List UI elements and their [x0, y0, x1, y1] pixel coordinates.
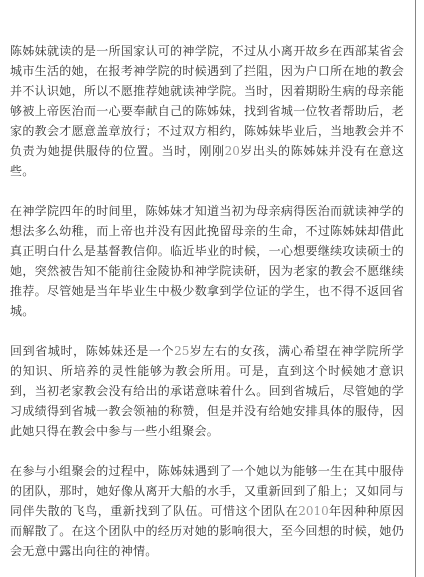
text-run: 陈姊妹就读的是一所国家认可的神学院，不过从小离开故乡在西部某省会城市生活的她，在… — [10, 44, 404, 158]
number-run: 2010 — [298, 504, 329, 518]
paragraph-4: 在参与小组聚会的过程中，陈姊妹遇到了一个她以为能够一生在其中服侍的团队，那时，她… — [10, 461, 404, 561]
paragraph-3: 回到省城时，陈姊妹还是一个25岁左右的女孩，满心希望在神学院所学的知识、所培养的… — [10, 341, 404, 441]
number-run: 20 — [225, 144, 240, 158]
text-run: 回到省城时，陈姊妹还是一个 — [10, 344, 174, 358]
document-page: 陈姊妹就读的是一所国家认可的神学院，不过从小离开故乡在西部某省会城市生活的她，在… — [0, 0, 424, 577]
paragraph-2: 在神学院四年的时间里，陈姊妹才知道当初为母亲病得医治而就读神学的想法多么幼稚，而… — [10, 201, 404, 321]
right-border-rule — [415, 0, 416, 577]
number-run: 25 — [174, 344, 189, 358]
text-run: 岁左右的女孩，满心希望在神学院所学的知识、所培养的灵性能够为教会所用。可是，直到… — [10, 344, 404, 438]
paragraph-1: 陈姊妹就读的是一所国家认可的神学院，不过从小离开故乡在西部某省会城市生活的她，在… — [10, 41, 404, 181]
article-body: 陈姊妹就读的是一所国家认可的神学院，不过从小离开故乡在西部某省会城市生活的她，在… — [10, 0, 404, 561]
text-run: 在神学院四年的时间里，陈姊妹才知道当初为母亲病得医治而就读神学的想法多么幼稚，而… — [10, 204, 404, 318]
